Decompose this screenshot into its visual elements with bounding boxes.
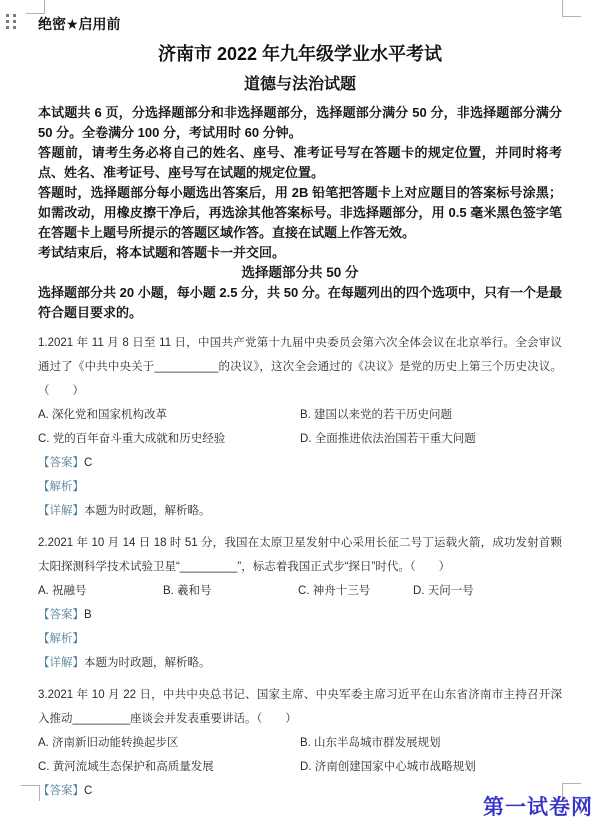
answer-value: B [84,609,92,621]
detail-tag: 【详解】 [38,657,84,669]
detail-line: 【详解】本题为时政题，解析略。 [38,651,562,675]
detail-tag: 【详解】 [38,505,84,517]
option-c: C. 党的百年奋斗重大成就和历史经验 [38,427,300,451]
question-stem: 3.2021 年 10 月 22 日，中共中央总书记、国家主席、中央军委主席习近… [38,683,562,731]
question-options: A. 深化党和国家机构改革 B. 建国以来党的若干历史问题 C. 党的百年奋斗重… [38,403,562,451]
section-note: 选择题部分共 20 小题，每小题 2.5 分，共 50 分。在每题列出的四个选项… [38,283,562,323]
site-watermark-link[interactable]: 第一试卷网 [483,791,593,821]
option-b: B. 建国以来党的若干历史问题 [300,403,562,427]
answer-line: 【答案】C [38,451,562,475]
option-b: B. 山东半岛城市群发展规划 [300,731,562,755]
text-boundary-mark-top-left [26,0,45,14]
analysis-tag: 【解析】 [38,633,84,645]
section-heading: 选择题部分共 50 分 [38,263,562,283]
analysis-line: 【解析】 [38,627,562,651]
answer-value: C [84,785,92,797]
answer-value: C [84,457,92,469]
exam-paper-page: 绝密★启用前 济南市 2022 年九年级学业水平考试 道德与法治试题 本试题共 … [38,14,562,803]
option-d: D. 济南创建国家中心城市战略规划 [300,755,562,779]
question-options: A. 济南新旧动能转换起步区 B. 山东半岛城市群发展规划 C. 黄河流域生态保… [38,731,562,779]
detail-text: 本题为时政题，解析略。 [84,505,211,517]
analysis-line: 【解析】 [38,475,562,499]
option-a: A. 济南新旧动能转换起步区 [38,731,300,755]
answer-tag: 【答案】 [38,457,84,469]
answer-tag: 【答案】 [38,785,84,797]
instruction-paragraph: 本试题共 6 页，分选择题部分和非选择题部分，选择题部分满分 50 分，非选择题… [38,103,562,143]
option-a: A. 深化党和国家机构改革 [38,403,300,427]
option-d: D. 全面推进依法治国若干重大问题 [300,427,562,451]
page-subtitle: 道德与法治试题 [38,74,562,96]
question-3: 3.2021 年 10 月 22 日，中共中央总书记、国家主席、中央军委主席习近… [38,683,562,803]
question-2: 2.2021 年 10 月 14 日 18 时 51 分，我国在太原卫星发射中心… [38,531,562,675]
answer-line: 【答案】B [38,603,562,627]
question-1: 1.2021 年 11 月 8 日至 11 日，中国共产党第十九届中央委员会第六… [38,331,562,523]
option-c: C. 黄河流域生态保护和高质量发展 [38,755,300,779]
instruction-paragraph: 答题时，选择题部分每小题选出答案后，用 2B 铅笔把答题卡上对应题目的答案标号涂… [38,183,562,243]
text-boundary-mark-top-right [562,0,581,17]
question-options: A. 祝融号 B. 羲和号 C. 神舟十三号 D. 天问一号 [38,579,562,603]
security-classification: 绝密★启用前 [38,14,562,34]
instruction-paragraph: 答题前，请考生务必将自己的姓名、座号、准考证号写在答题卡的规定位置，并同时将考点… [38,143,562,183]
drag-handle-dots-icon [6,14,16,29]
page-title: 济南市 2022 年九年级学业水平考试 [38,43,562,65]
option-d: D. 天问一号 [413,579,562,603]
detail-text: 本题为时政题，解析略。 [84,657,211,669]
answer-tag: 【答案】 [38,609,84,621]
option-a: A. 祝融号 [38,579,163,603]
detail-line: 【详解】本题为时政题，解析略。 [38,499,562,523]
question-stem: 1.2021 年 11 月 8 日至 11 日，中国共产党第十九届中央委员会第六… [38,331,562,403]
option-b: B. 羲和号 [163,579,298,603]
instruction-paragraph: 考试结束后，将本试题和答题卡一并交回。 [38,243,562,263]
option-c: C. 神舟十三号 [298,579,413,603]
analysis-tag: 【解析】 [38,481,84,493]
question-stem: 2.2021 年 10 月 14 日 18 时 51 分，我国在太原卫星发射中心… [38,531,562,579]
exam-instructions: 本试题共 6 页，分选择题部分和非选择题部分，选择题部分满分 50 分，非选择题… [38,103,562,263]
